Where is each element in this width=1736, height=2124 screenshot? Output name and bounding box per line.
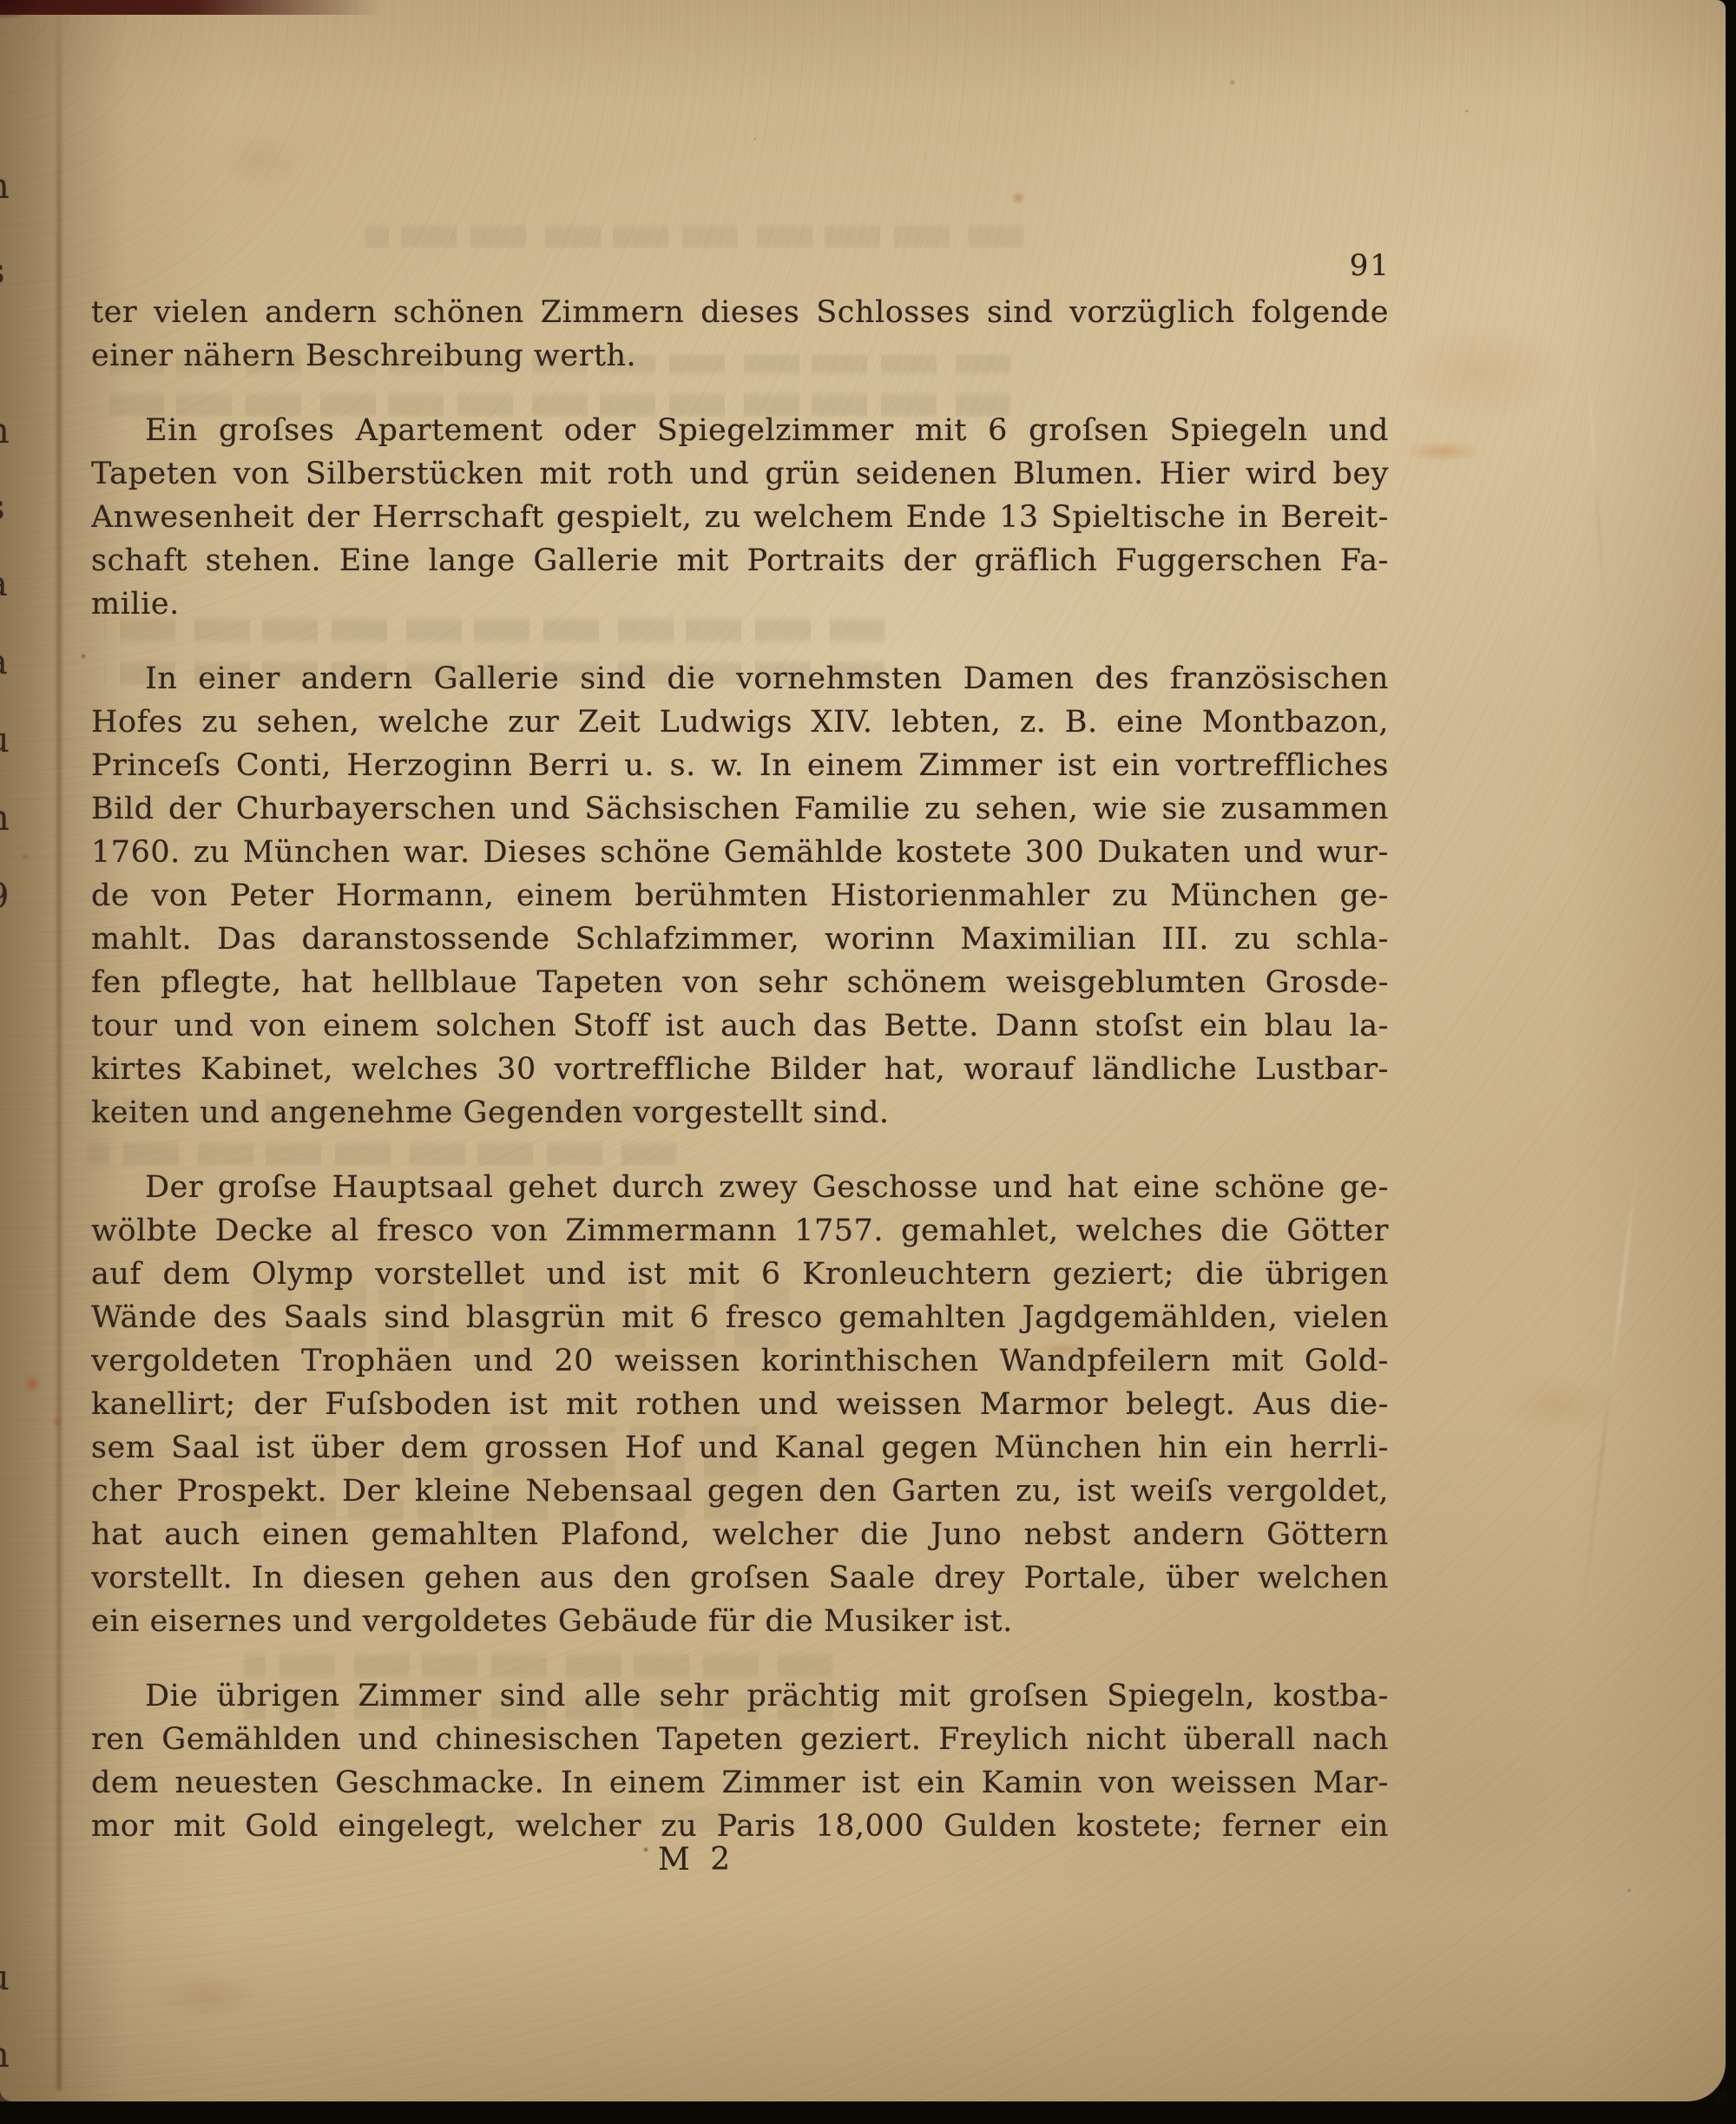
paper-wrinkle — [1587, 365, 1608, 624]
facing-page-letter-fragment: a — [0, 642, 11, 682]
text-line: schaft stehen. Eine lange Gallerie mit P… — [91, 539, 1389, 582]
facing-page-letter-fragment: h — [0, 167, 11, 207]
text-line: hat auch einen gemahlten Plafond, welche… — [91, 1513, 1389, 1556]
text-line: ter vielen andern schönen Zimmern dieses… — [91, 291, 1389, 334]
text-line: keiten und angenehme Gegenden vorgestell… — [91, 1091, 1389, 1134]
binding-corner — [0, 0, 61, 26]
page-number: 91 — [1250, 248, 1391, 288]
facing-page-letter-fragment: n — [0, 799, 11, 838]
gutter-crease — [57, 16, 61, 2090]
text-line: mahlt. Das daranstossende Schlafzimmer, … — [91, 917, 1389, 961]
text-line: Princeſs Conti, Herzoginn Berri u. s. w.… — [91, 744, 1389, 787]
text-line: ren Gemählden und chinesischen Tapeten g… — [91, 1718, 1389, 1761]
facing-page-letter-fragment: n — [0, 411, 11, 451]
text-line: kirtes Kabinet, welches 30 vortreffliche… — [91, 1048, 1389, 1091]
facing-page-letter-fragment: 9 — [0, 877, 11, 917]
facing-page-letter-fragment: i — [0, 333, 11, 373]
text-line: Anwesenheit der Herrschaft gespielt, zu … — [91, 496, 1389, 539]
text-line: 1760. zu München war. Dieses schöne Gemä… — [91, 831, 1389, 874]
text-line: de von Peter Hormann, einem berühmten Hi… — [91, 874, 1389, 917]
text-line: Ein groſses Apartement oder Spiegelzimme… — [91, 409, 1389, 452]
text-line: ein eisernes und vergoldetes Gebäude für… — [91, 1600, 1389, 1643]
text-line: sem Saal ist über dem grossen Hof und Ka… — [91, 1426, 1389, 1470]
book-page: 91 ter vielen andern schönen Zimmern die… — [0, 0, 1726, 2101]
text-line: cher Prospekt. Der kleine Nebensaal gege… — [91, 1470, 1389, 1513]
facing-page-letter-fragment: u — [0, 1958, 11, 1998]
text-line: kanellirt; der Fuſsboden ist mit rothen … — [91, 1383, 1389, 1426]
facing-page-letter-fragment: s — [0, 488, 11, 528]
text-line: auf dem Olymp vorstellet und ist mit 6 K… — [91, 1253, 1389, 1296]
facing-page-letter-fragment: s — [0, 252, 11, 292]
facing-page-letter-fragment: u — [0, 720, 11, 760]
text-line: Der groſse Hauptsaal gehet durch zwey Ge… — [91, 1166, 1389, 1209]
text-line: wölbte Decke al fresco von Zimmermann 17… — [91, 1209, 1389, 1253]
paragraph: Der groſse Hauptsaal gehet durch zwey Ge… — [91, 1166, 1389, 1643]
text-line: dem neuesten Geschmacke. In einem Zimmer… — [91, 1761, 1389, 1805]
paragraph: Die übrigen Zimmer sind alle sehr prächt… — [91, 1674, 1389, 1848]
text-line: Die übrigen Zimmer sind alle sehr prächt… — [91, 1674, 1389, 1718]
text-line: In einer andern Gallerie sind die vorneh… — [91, 657, 1389, 700]
text-block: ter vielen andern schönen Zimmern dieses… — [91, 291, 1389, 1848]
text-line: tour und von einem solchen Stoff ist auc… — [91, 1004, 1389, 1048]
text-line: vorstellt. In diesen gehen aus den groſs… — [91, 1556, 1389, 1600]
facing-page-letter-fragment: a — [0, 564, 11, 604]
text-line: Hofes zu sehen, welche zur Zeit Ludwigs … — [91, 700, 1389, 744]
text-line: mor mit Gold eingelegt, welcher zu Paris… — [91, 1805, 1389, 1848]
text-line: Tapeten von Silberstücken mit roth und g… — [91, 452, 1389, 496]
text-line: fen pflegte, hat hellblaue Tapeten von s… — [91, 961, 1389, 1004]
text-line: vergoldeten Trophäen und 20 weissen kori… — [91, 1339, 1389, 1383]
paragraph: ter vielen andern schönen Zimmern dieses… — [91, 291, 1389, 378]
text-line: Bild der Churbayerschen und Sächsischen … — [91, 787, 1389, 831]
text-line: Wände des Saals sind blasgrün mit 6 fres… — [91, 1296, 1389, 1339]
text-line: einer nähern Beschreibung werth. — [91, 334, 1389, 378]
paper-wrinkle — [1578, 1156, 1640, 1639]
bleedthrough-smudge — [365, 210, 1024, 248]
signature-mark: M 2 — [658, 1842, 735, 1877]
paragraph: In einer andern Gallerie sind die vorneh… — [91, 657, 1389, 1134]
book-scan: 91 ter vielen andern schönen Zimmern die… — [0, 0, 1736, 2124]
text-line: milie. — [91, 582, 1389, 626]
paragraph: Ein groſses Apartement oder Spiegelzimme… — [91, 409, 1389, 626]
facing-page-letter-fragment: n — [0, 2035, 11, 2075]
